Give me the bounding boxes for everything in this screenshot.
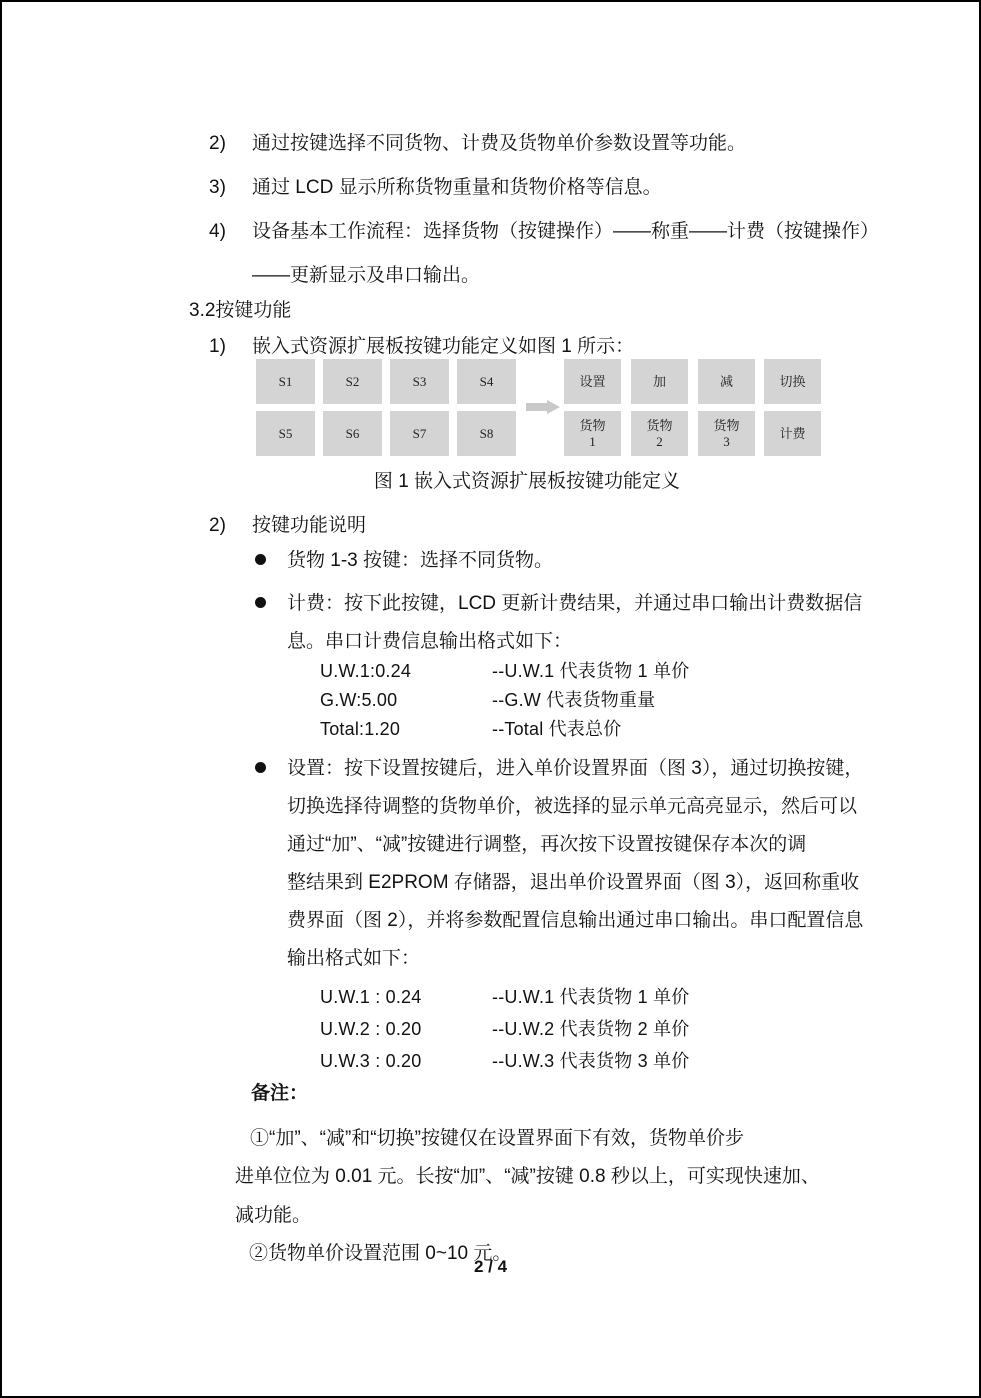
bullet-settings-line5: 费界面（图 2），并将参数配置信息输出通过串口输出。串口配置信息 bbox=[287, 909, 863, 932]
section-item-1-text: 嵌入式资源扩展板按键功能定义如图 1 所示： bbox=[252, 335, 634, 358]
figure-key-s7: S7 bbox=[390, 411, 449, 456]
key-label: 加 bbox=[653, 374, 666, 390]
config-output-desc: --U.W.3 代表货物 3 单价 bbox=[492, 1050, 689, 1073]
config-output-value: U.W.2 : 0.20 bbox=[320, 1018, 421, 1041]
figure-key-s5: S5 bbox=[256, 411, 315, 456]
bullet-settings-line6: 输出格式如下： bbox=[287, 947, 420, 970]
bullet-icon bbox=[255, 762, 266, 773]
key-label: 设置 bbox=[579, 374, 605, 390]
figure-key-s1: S1 bbox=[256, 359, 315, 404]
note-1-line3: 减功能。 bbox=[235, 1204, 311, 1227]
page-number: 2 / 4 bbox=[2, 1257, 979, 1277]
billing-output-value: Total:1.20 bbox=[320, 718, 400, 741]
key-label: S1 bbox=[279, 374, 293, 390]
billing-output-value: U.W.1:0.24 bbox=[320, 660, 411, 683]
figure-caption: 图 1 嵌入式资源扩展板按键功能定义 bbox=[292, 466, 762, 493]
key-label: 货物 bbox=[713, 418, 739, 434]
figure-key-s2: S2 bbox=[323, 359, 382, 404]
figure-key-settings: 设置 bbox=[564, 359, 621, 404]
figure-key-goods2: 货物2 bbox=[631, 411, 688, 456]
figure-key-s8: S8 bbox=[457, 411, 516, 456]
figure-key-minus: 减 bbox=[698, 359, 755, 404]
figure-key-switch: 切换 bbox=[764, 359, 821, 404]
key-label: S7 bbox=[413, 426, 427, 442]
figure-key-s6: S6 bbox=[323, 411, 382, 456]
figure-key-goods3: 货物3 bbox=[698, 411, 755, 456]
section-heading: 3.2按键功能 bbox=[189, 299, 291, 322]
key-label: 货物 bbox=[579, 418, 605, 434]
list-item-3-text: 通过 LCD 显示所称货物重量和货物价格等信息。 bbox=[252, 176, 662, 199]
bullet-billing-line2: 息。串口计费信息输出格式如下： bbox=[287, 630, 572, 653]
figure-key-billing: 计费 bbox=[764, 411, 821, 456]
key-label: 切换 bbox=[779, 374, 805, 390]
bullet-settings-line1: 设置：按下设置按键后，进入单价设置界面（图 3），通过切换按键， bbox=[287, 757, 863, 780]
section-item-1-number: 1) bbox=[209, 335, 226, 358]
document-page: 2) 通过按键选择不同货物、计费及货物单价参数设置等功能。 3) 通过 LCD … bbox=[0, 0, 981, 1398]
key-label: S4 bbox=[480, 374, 494, 390]
notes-label: 备注： bbox=[251, 1082, 308, 1105]
config-output-value: U.W.1 : 0.24 bbox=[320, 986, 421, 1009]
key-label: 货物 bbox=[646, 418, 672, 434]
bullet-settings-line2: 切换选择待调整的货物单价，被选择的显示单元高亮显示，然后可以 bbox=[287, 795, 857, 818]
bullet-settings-line4: 整结果到 E2PROM 存储器，退出单价设置界面（图 3），返回称重收 bbox=[287, 871, 859, 894]
key-label-2: 3 bbox=[723, 434, 730, 450]
bullet-settings-line3: 通过“加”、“减”按键进行调整，再次按下设置按键保存本次的调 bbox=[287, 833, 806, 856]
bullet-icon bbox=[255, 597, 266, 608]
right-arrow-icon-head bbox=[547, 400, 560, 414]
figure-key-goods1: 货物1 bbox=[564, 411, 621, 456]
key-label: S5 bbox=[279, 426, 293, 442]
list-number-2: 2) bbox=[209, 132, 226, 155]
right-arrow-icon bbox=[526, 403, 547, 411]
key-label-2: 2 bbox=[656, 434, 663, 450]
key-label: 计费 bbox=[779, 426, 805, 442]
section-item-2-text: 按键功能说明 bbox=[252, 514, 366, 537]
figure-key-s3: S3 bbox=[390, 359, 449, 404]
list-item-2-text: 通过按键选择不同货物、计费及货物单价参数设置等功能。 bbox=[252, 132, 746, 155]
note-1-line1: ①“加”、“减”和“切换”按键仅在设置界面下有效，货物单价步 bbox=[250, 1127, 744, 1150]
note-1-line2: 进单位位为 0.01 元。长按“加”、“减”按键 0.8 秒以上，可实现快速加、 bbox=[235, 1165, 820, 1188]
key-label: S6 bbox=[346, 426, 360, 442]
figure-key-s4: S4 bbox=[457, 359, 516, 404]
list-item-4-continuation: ——更新显示及串口输出。 bbox=[252, 264, 480, 287]
bullet-icon bbox=[255, 554, 266, 565]
key-label: 减 bbox=[720, 374, 733, 390]
billing-output-desc: --Total 代表总价 bbox=[492, 718, 621, 741]
config-output-value: U.W.3 : 0.20 bbox=[320, 1050, 421, 1073]
bullet-billing-line1: 计费：按下此按键，LCD 更新计费结果，并通过串口输出计费数据信 bbox=[287, 592, 862, 615]
key-label-2: 1 bbox=[589, 434, 596, 450]
config-output-desc: --U.W.1 代表货物 1 单价 bbox=[492, 986, 689, 1009]
list-number-3: 3) bbox=[209, 176, 226, 199]
billing-output-value: G.W:5.00 bbox=[320, 689, 397, 712]
key-label: S2 bbox=[346, 374, 360, 390]
key-label: S8 bbox=[480, 426, 494, 442]
figure-key-plus: 加 bbox=[631, 359, 688, 404]
billing-output-desc: --U.W.1 代表货物 1 单价 bbox=[492, 660, 689, 683]
section-item-2-number: 2) bbox=[209, 514, 226, 537]
config-output-desc: --U.W.2 代表货物 2 单价 bbox=[492, 1018, 689, 1041]
key-label: S3 bbox=[413, 374, 427, 390]
bullet-goods-text: 货物 1-3 按键：选择不同货物。 bbox=[287, 549, 553, 572]
billing-output-desc: --G.W 代表货物重量 bbox=[492, 689, 655, 712]
list-item-4-text: 设备基本工作流程：选择货物（按键操作）——称重——计费（按键操作） bbox=[252, 220, 879, 243]
list-number-4: 4) bbox=[209, 220, 226, 243]
